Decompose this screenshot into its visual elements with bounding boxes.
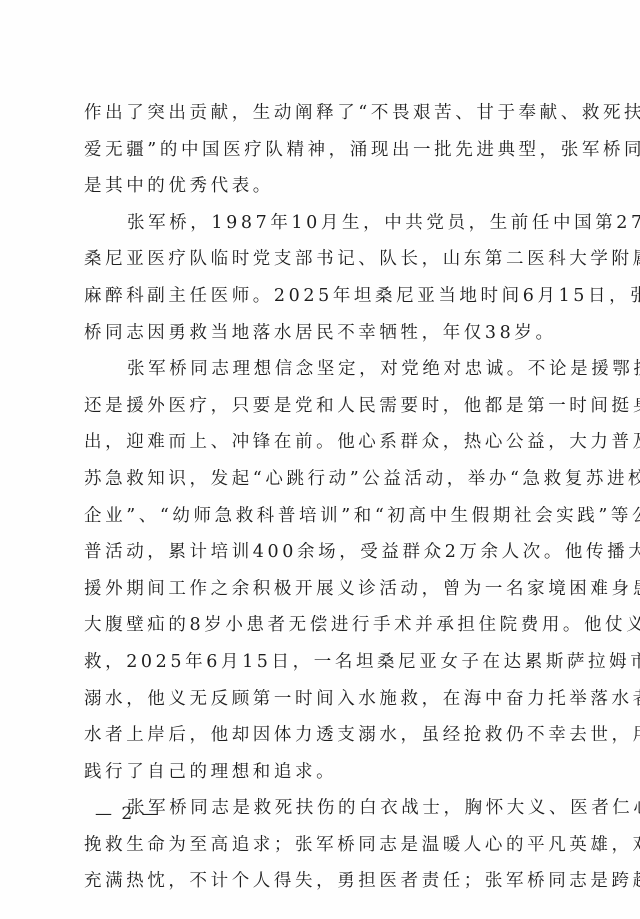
text-line: 援外期间工作之余积极开展义诊活动，曾为一名家境困难身患巨: [84, 571, 560, 608]
text-line: 是其中的优秀代表。: [84, 168, 560, 205]
text-line: 桑尼亚医疗队临时党支部书记、队长，山东第二医科大学附属医院: [84, 241, 560, 278]
text-line: 溺水，他义无反顾第一时间入水施救，在海中奋力托举落水者，落: [84, 681, 560, 718]
text-line: 爱无疆”的中国医疗队精神，涌现出一批先进典型，张军桥同志就: [84, 132, 560, 169]
text-line: 出，迎难而上、冲锋在前。他心系群众，热心公益，大力普及心肺复: [84, 424, 560, 461]
text-line: 麻醉科副主任医师。2025年坦桑尼亚当地时间6月15日，张军: [84, 278, 560, 315]
text-line: 水者上岸后，他却因体力透支溺水，虽经抢救仍不幸去世，用生命: [84, 717, 560, 754]
page-number: — 2 —: [95, 804, 161, 824]
paragraph-start-line: 张军桥，1987年10月生，中共党员，生前任中国第27批援坦: [84, 205, 560, 242]
text-line: 充满热忱，不计个人得失，勇担医者责任；张军桥同志是跨越山海、: [84, 863, 560, 900]
text-line: 桥同志因勇救当地落水居民不幸牺牲，年仅38岁。: [84, 315, 560, 352]
text-line: 还是援外医疗，只要是党和人民需要时，他都是第一时间挺身而: [84, 388, 560, 425]
document-page: 作出了突出贡献，生动阐释了“不畏艰苦、甘于奉献、救死扶伤、大 爱无疆”的中国医疗…: [0, 0, 640, 919]
text-line: 苏急救知识，发起“心跳行动”公益活动，举办“急救复苏进校园、进: [84, 461, 560, 498]
text-line: 救，2025年6月15日，一名坦桑尼亚女子在达累斯萨拉姆市海边: [84, 644, 560, 681]
text-line: 企业”、“幼师急救科普培训”和“初高中生假期社会实践”等公益科: [84, 498, 560, 535]
text-line: 大腹壁疝的8岁小患者无偿进行手术并承担住院费用。他仗义施: [84, 607, 560, 644]
text-line: 作出了突出贡献，生动阐释了“不畏艰苦、甘于奉献、救死扶伤、大: [84, 95, 560, 132]
text-line: 践行了自己的理想和追求。: [84, 754, 560, 791]
text-line: 普活动，累计培训400余场，受益群众2万余人次。他传播大爱，: [84, 534, 560, 571]
body-text: 作出了突出贡献，生动阐释了“不畏艰苦、甘于奉献、救死扶伤、大 爱无疆”的中国医疗…: [84, 95, 560, 900]
paragraph-start-line: 张军桥同志理想信念坚定，对党绝对忠诚。不论是援鄂抗疫，: [84, 351, 560, 388]
text-line: 挽救生命为至高追求；张军桥同志是温暖人心的平凡英雄，对工作: [84, 827, 560, 864]
